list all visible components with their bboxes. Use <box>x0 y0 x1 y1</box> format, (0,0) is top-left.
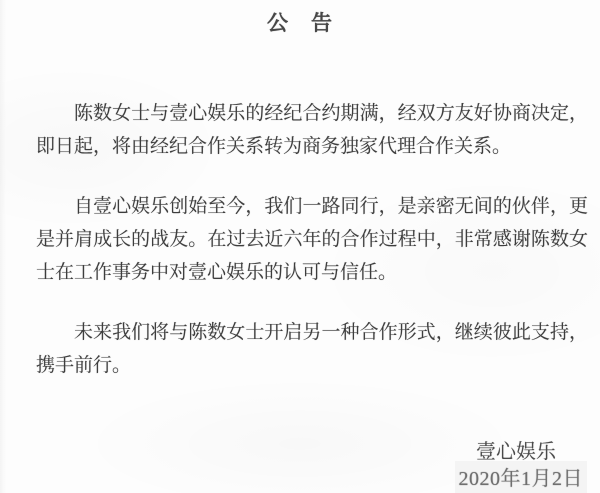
announcement-date: 2020年1月2日 <box>455 461 588 493</box>
announcement-body: 陈数女士与壹心娱乐的经纪合约期满，经双方友好协商决定，即日起，将由经纪合作关系转… <box>36 97 588 382</box>
announcement-document: 公 告 陈数女士与壹心娱乐的经纪合约期满，经双方友好协商决定，即日起，将由经纪合… <box>0 0 600 493</box>
paragraph-contract-expiry: 陈数女士与壹心娱乐的经纪合约期满，经双方友好协商决定，即日起，将由经纪合作关系转… <box>36 97 588 163</box>
paragraph-partnership-history: 自壹心娱乐创始至今，我们一路同行，是亲密无间的伙伴，更是并肩成长的战友。在过去近… <box>36 190 588 289</box>
announcement-title: 公 告 <box>0 7 600 37</box>
paragraph-future-cooperation: 未来我们将与陈数女士开启另一种合作形式，继续彼此支持，携手前行。 <box>36 316 588 382</box>
signature-company-name: 壹心娱乐 <box>476 435 556 464</box>
